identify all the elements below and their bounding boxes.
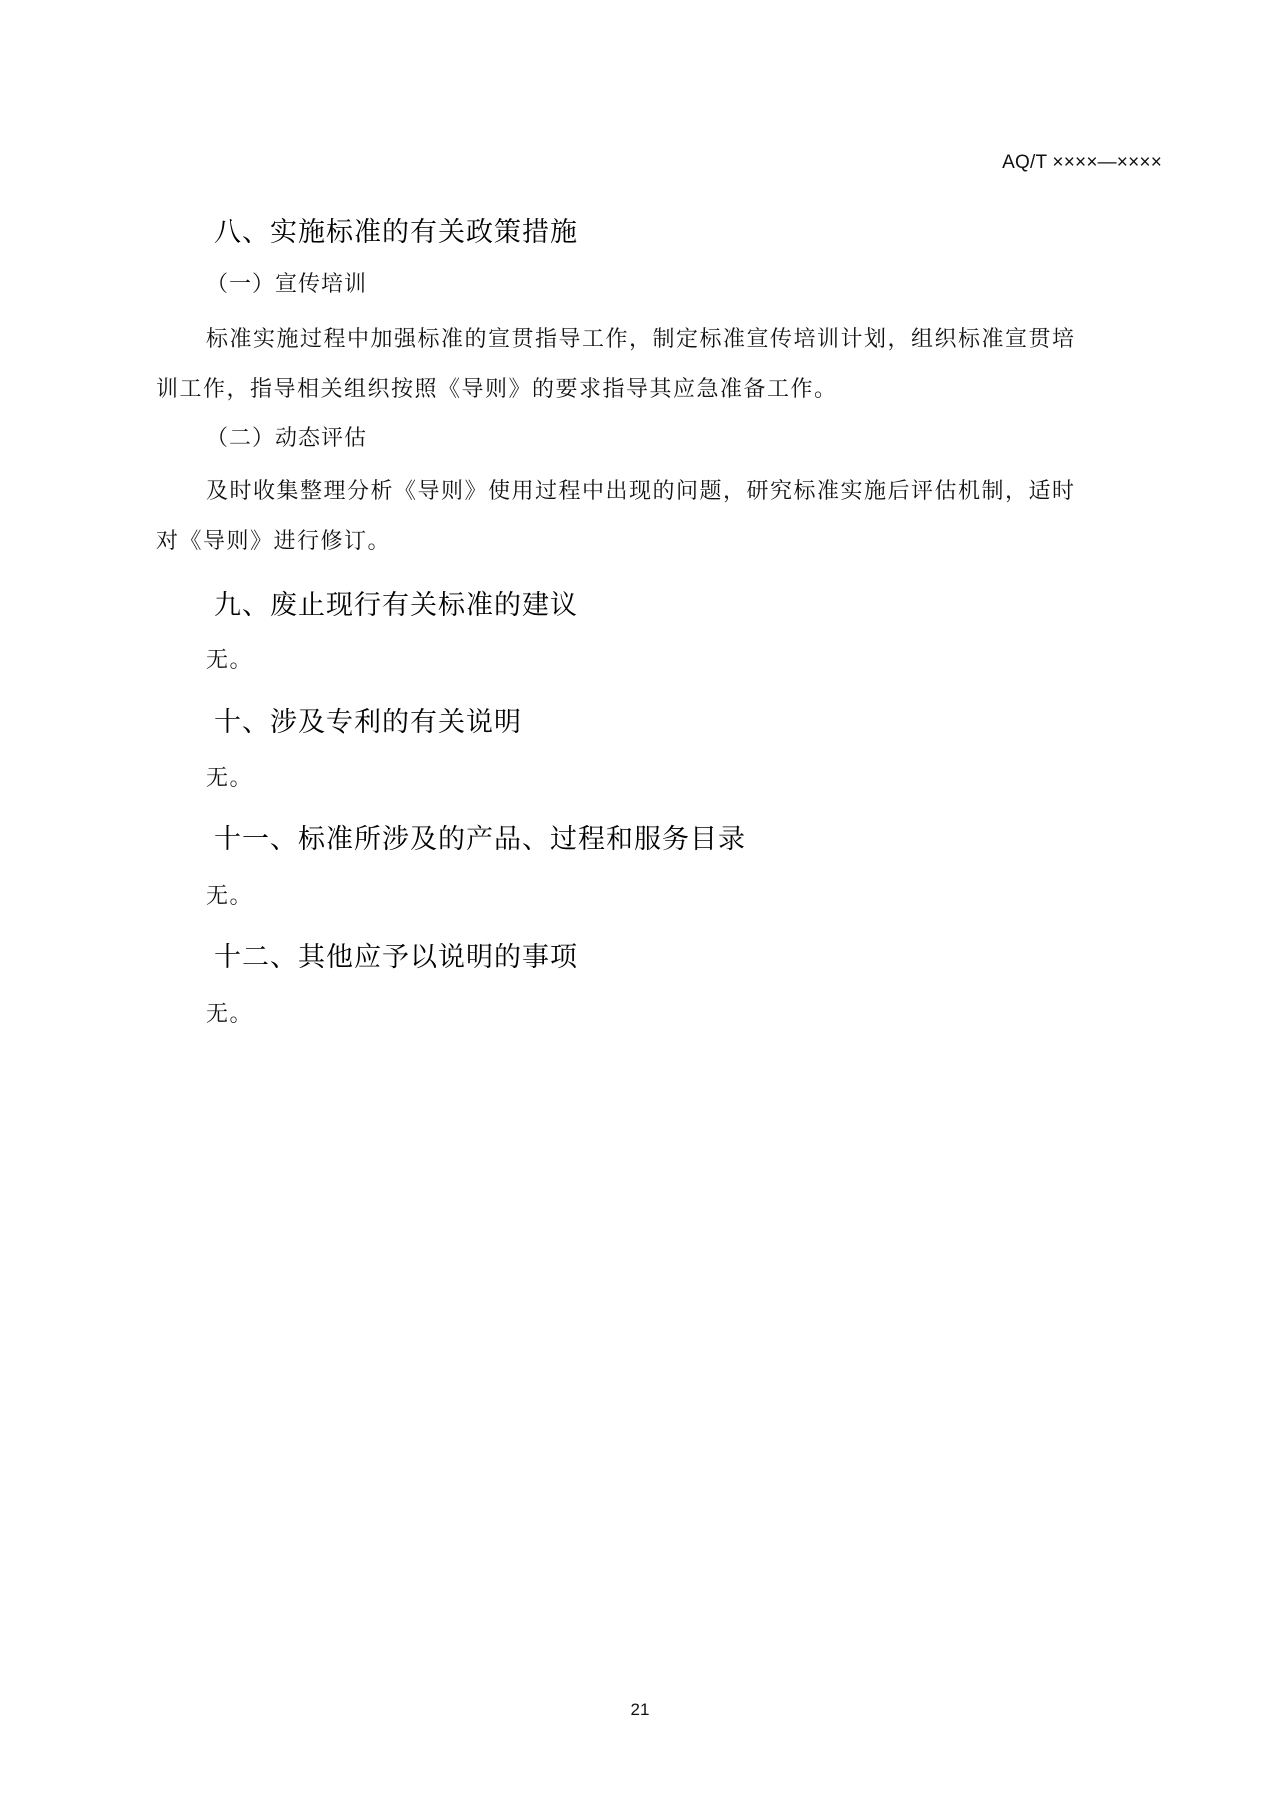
section-body: 无。 [206, 761, 253, 792]
subsection-heading-dynamic-evaluation: （二）动态评估 [206, 421, 367, 452]
paragraph-line: 训工作，指导相关组织按照《导则》的要求指导其应急准备工作。 [156, 372, 838, 403]
document-page: AQ/T ××××—×××× 八、实施标准的有关政策措施 （一）宣传培训 标准实… [0, 0, 1280, 1810]
paragraph-line: 对《导则》进行修订。 [156, 524, 391, 555]
section-body: 无。 [206, 643, 253, 674]
section-heading-9: 九、废止现行有关标准的建议 [214, 583, 578, 622]
section-heading-11: 十一、标准所涉及的产品、过程和服务目录 [214, 817, 746, 856]
standard-code-header: AQ/T ××××—×××× [1002, 152, 1162, 174]
section-heading-8: 八、实施标准的有关政策措施 [214, 210, 578, 249]
section-body: 无。 [206, 879, 253, 910]
paragraph-line: 标准实施过程中加强标准的宣贯指导工作，制定标准宣传培训计划，组织标准宣贯培 [206, 322, 1076, 353]
page-number: 21 [0, 1700, 1280, 1720]
section-heading-10: 十、涉及专利的有关说明 [214, 700, 522, 739]
subsection-heading-publicity-training: （一）宣传培训 [206, 267, 367, 298]
section-heading-12: 十二、其他应予以说明的事项 [214, 935, 578, 974]
section-body: 无。 [206, 997, 253, 1028]
paragraph-line: 及时收集整理分析《导则》使用过程中出现的问题，研究标准实施后评估机制，适时 [206, 474, 1076, 505]
